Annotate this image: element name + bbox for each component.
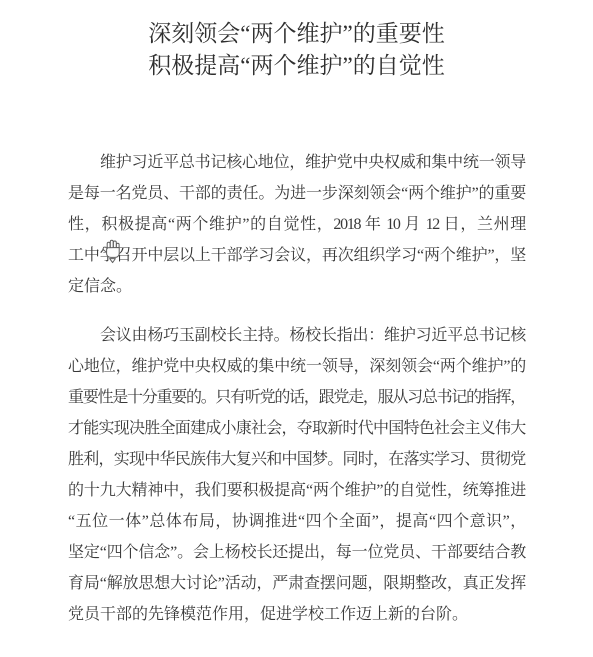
text-line: 育局“解放思想大讨论”活动，严肃查摆问题，限期整改，真正发挥 [68,568,525,599]
text-line: 的十九大精神中，我们要积极提高“两个维护”的自觉性，统筹推进 [68,475,525,506]
paragraph: 维护习近平总书记核心地位，维护党中央权威和集中统一领导 是每一名党员、干部的责任… [68,147,525,302]
text-line: 心地位，维护党中央权威的集中统一领导，深刻领会“两个维护”的 [68,351,525,382]
document-title: 深刻领会“两个维护”的重要性 积极提高“两个维护”的自觉性 [0,18,593,82]
text-line: 胜利，实现中华民族伟大复兴和中国梦。同时，在落实学习、贯彻党 [68,444,525,475]
text-line: 性，积极提高“两个维护”的自觉性，2018 年 10 月 12 日，兰州理 [68,209,525,240]
document-title-line2: 积极提高“两个维护”的自觉性 [0,50,593,82]
text-line: 才能实现决胜全面建成小康社会，夺取新时代中国特色社会主义伟大 [68,413,525,444]
text-line: 工中学召开中层以上干部学习会议，再次组织学习“两个维护”，坚 [68,240,525,271]
text-line: 重要性是十分重要的。只有听党的话，跟党走，服从习总书记的指挥， [68,382,525,413]
text-line: 是每一名党员、干部的责任。为进一步深刻领会“两个维护”的重要 [68,178,525,209]
text-line: 坚定“四个信念”。会上杨校长还提出，每一位党员、干部要结合教 [68,537,525,568]
paragraph: 会议由杨巧玉副校长主持。杨校长指出：维护习近平总书记核 心地位，维护党中央权威的… [68,320,525,630]
text-line: 定信念。 [68,271,525,302]
text-line: “五位一体”总体布局，协调推进“四个全面”，提高“四个意识”， [68,506,525,537]
text-line: 会议由杨巧玉副校长主持。杨校长指出：维护习近平总书记核 [68,320,525,351]
text-line: 党员干部的先锋模范作用，促进学校工作迈上新的台阶。 [68,599,525,630]
document-page: 深刻领会“两个维护”的重要性 积极提高“两个维护”的自觉性 维护习近平总书记核心… [0,0,593,657]
text-line: 维护习近平总书记核心地位，维护党中央权威和集中统一领导 [68,147,525,178]
document-body: 维护习近平总书记核心地位，维护党中央权威和集中统一领导 是每一名党员、干部的责任… [68,147,525,630]
document-title-line1: 深刻领会“两个维护”的重要性 [0,18,593,50]
